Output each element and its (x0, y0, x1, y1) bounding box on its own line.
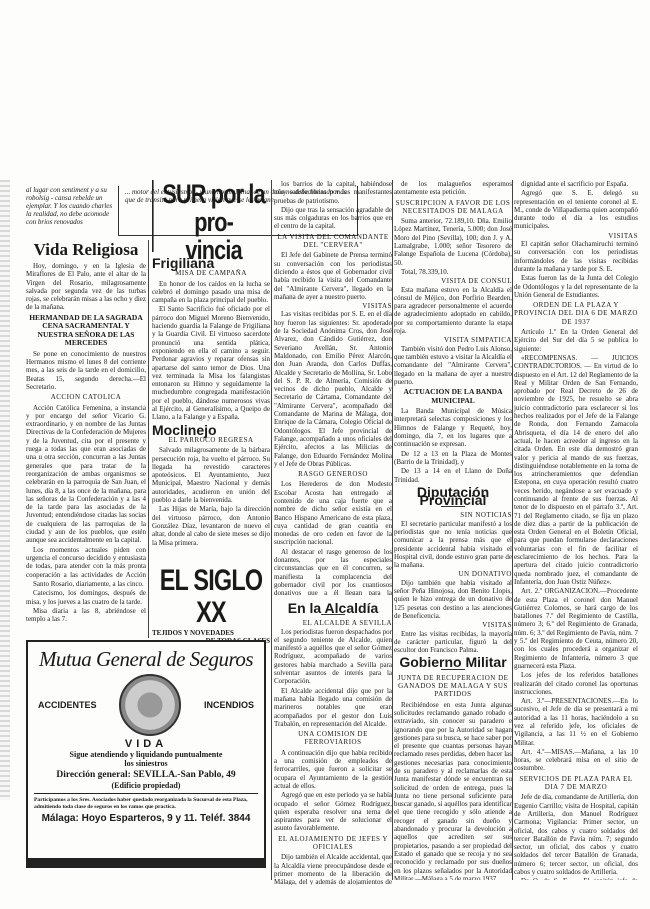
accidentes-label: ACCIDENTES (38, 700, 97, 710)
alcaldia-text-2: El Alcalde accidental dijo que por la ma… (274, 687, 392, 728)
presentaciones-text: Art. 3.º—PRESENTACIONES.—En lo sucesivo,… (514, 697, 638, 747)
moclinejo-text-1: Salvado milagrosamente de la bárbara per… (152, 446, 270, 504)
mutua-brand: Mutua General de Seguros (28, 646, 264, 672)
frigiliana-heading: Frigiliana (152, 259, 270, 267)
vida-label: VIDA (28, 738, 264, 750)
ferroviarios-heading: UNA COMISION DE FERROVIARIOS (274, 730, 392, 747)
scan-edge (0, 180, 10, 800)
el-siglo-xx-ad: EL SIGLO XX TEJIDOS Y NOVEDADES DE TODAS… (152, 565, 270, 647)
orden-text: Artículo 1.º En la Orden General del Ejé… (514, 328, 638, 353)
banda-2: De 13 a 14 en el Llano de Doña Trinidad. (394, 467, 512, 484)
newspaper-page: al lugar con sentiment y a su robolsig -… (0, 0, 650, 909)
visita-comandante-heading: LA VISITA DEL COMANDANTE DEL "CERVERA" (274, 233, 392, 250)
rasgo-text: Los Herederos de don Modesto Escobar Aco… (274, 480, 392, 546)
rasgo-generoso-heading: RASGO GENEROSO (274, 470, 392, 478)
mutua-line-1: Sigue atendiendo y liquidando puntualmen… (28, 750, 264, 759)
divider (34, 793, 258, 794)
donativo-heading: UN DONATIVO (394, 570, 512, 578)
orden-plaza-heading: ORDEN DE LA PLAZA Y PROVINCIA DEL DIA 6 … (514, 301, 638, 326)
alojamiento-heading: EL ALOJAMIENTO DE JEFES Y OFICIALES (274, 835, 392, 852)
c5-intro: dignidad ante el sacrificio por España. (514, 180, 638, 188)
c5-visitas-text: El capitán señor Olachamiruchi terminó s… (514, 240, 638, 273)
junta-text: Recibiéndose en esta Junta algunas solic… (394, 701, 512, 880)
frigiliana-text-2: El Santo Sacrificio fué oficiado por el … (152, 305, 270, 421)
sur-title-line-1: SUR por la pro- (157, 180, 271, 236)
alcalde-sevilla-heading: EL ALCALDE A SEVILLA (274, 619, 392, 627)
siglo-line-1: TEJIDOS Y NOVEDADES (152, 629, 270, 637)
junta-heading: JUNTA DE RECUPERACION DE GANADOS DE MALA… (394, 674, 512, 699)
c4-intro: de los malagueños esperamos atentamente … (394, 180, 512, 197)
column-4: de los malagueños esperamos atentamente … (394, 180, 512, 880)
c5-visitas-text-2: Estas fueron las de la Junta del Colegio… (514, 274, 638, 299)
banda-text: La Banda Municipal de Música interpretar… (394, 407, 512, 448)
alcaldia-column: En la Alcaldía EL ALCALDE A SEVILLA Los … (274, 600, 392, 885)
diputacion-heading: Diputación Provincial (394, 488, 512, 505)
suscripcion-heading: SUSCRIPCION A FAVOR DE LOS NECESITADOS D… (394, 199, 512, 216)
templo-continued: Santo Rosario, diariamente, a las cinco.… (26, 580, 146, 624)
visitas-heading-2: VISITAS (394, 621, 512, 629)
c5-text-1: Agregó que S. E. delegó su representació… (514, 189, 638, 230)
mutua-line-2: los siniestros (28, 759, 264, 768)
ad-footer-bar (28, 858, 264, 866)
diputacion-text: El secretario particular manifestó a los… (394, 520, 512, 570)
gobierno-militar-heading: Gobierno Militar (394, 658, 512, 666)
servicios-heading: SERVICIOS DE PLAZA PARA EL DIA 7 DE MARZ… (514, 775, 638, 792)
accion-catolica-text: Acción Católica Femenina, a instancia y … (26, 404, 146, 545)
incendios-label: INCENDIOS (204, 700, 254, 710)
final-text: De O. de S. E. — El capitán jefe de Esta… (514, 877, 638, 880)
mutua-edificio: (Edificio propiedad) (28, 781, 264, 790)
templo-text-3: Catecismo, los domingos, después de misa… (26, 589, 146, 606)
vida-intro: Hoy, domingo, y en la Iglesia de Miraflo… (26, 262, 146, 312)
visitas-text: Las visitas recibidas por S. E. en el dí… (274, 310, 392, 468)
suscripcion-total: Total, 78.339,10. (394, 268, 512, 276)
gc-text-1: los barrios de la capital, habiéndose mu… (274, 180, 392, 205)
alojamiento-text: Dijo también el Alcalde accidental, que … (274, 853, 392, 885)
moclinejo-text-2: Las Hijas de María, bajo la dirección de… (152, 505, 270, 546)
banda-1: De 12 a 13 en la Plaza de Montes (Barrio… (394, 450, 512, 467)
column-5: dignidad ante el sacrificio por España. … (514, 180, 638, 880)
mutua-general-ad: Mutua General de Seguros ACCIDENTES INCE… (26, 640, 266, 868)
simpatica-text: También visitó don Pedro Luis Alonso, qu… (394, 345, 512, 386)
recompensas-text: «RECOMPENSAS. — JUICIOS CONTRADICTORIOS.… (514, 354, 638, 586)
organizacion-text-2: Los jefes de los referidos batallones re… (514, 671, 638, 696)
sur-provincia-heading: SUR por la pro- vincia (152, 180, 270, 252)
ferroviarios-text: A continuación dijo que había recibido a… (274, 749, 392, 790)
column-rule (512, 180, 513, 880)
templo-text-2: Santo Rosario, diariamente, a las cinco. (26, 580, 146, 588)
rasgo-text-2: Al destacar el rasgo generoso de los don… (274, 548, 392, 595)
mutua-direccion: Dirección general: SEVILLA.-San Pablo, 4… (28, 769, 264, 781)
mutua-notice: Participamos a los Sres. Asociados haber… (28, 797, 264, 810)
banda-heading: ACTUACION DE LA BANDA MUNICIPAL (394, 388, 512, 405)
sin-noticias-heading: SIN NOTICIAS (394, 511, 512, 519)
accion-catolica-heading: ACCION CATOLICA (26, 393, 146, 401)
parroco-regresa-heading: EL PARROCO REGRESA (152, 436, 270, 444)
siglo-name: EL SIGLO XX (149, 565, 272, 629)
hermandad-heading: HERMANDAD DE LA SAGRADA CENA SACRAMENTAL… (26, 314, 146, 348)
gc-text-2: Dijo que tras la sensación agradable de … (274, 206, 392, 231)
gobierno-civil-column: los barrios de la capital, habiéndose mu… (274, 180, 392, 595)
frigiliana-text-1: En honor de los caídos en la lucha se ce… (152, 280, 270, 305)
sur-provincia-column: Frigiliana MISA DE CAMPAÑA En honor de l… (152, 255, 270, 565)
c5-visitas-heading: VISITAS (514, 232, 638, 240)
simpatica-heading: VISITA SIMPATICA (394, 336, 512, 344)
alcaldia-text-1: Los periodistas fueron despachados por e… (274, 628, 392, 686)
seal-emblem-icon (119, 674, 181, 736)
consul-heading: VISITA DE CONSUL (394, 277, 512, 285)
visitas-heading: VISITAS (274, 302, 392, 310)
consul-text: Esta mañana estuvo en la Alcaldía el cón… (394, 286, 512, 336)
misas-text: Art. 4.º—MISAS.—Mañana, a las 10 horas, … (514, 748, 638, 773)
suscripcion-text: Suma anterior, 72.189,10. Dña. Emilio Ló… (394, 217, 512, 267)
mutua-malaga-address: Málaga: Hoyo Esparteros, 9 y 11. Teléf. … (28, 813, 264, 824)
servicios-text: Jefe de día, comandante de Artillería, d… (514, 793, 638, 876)
organizacion-text: Art. 2.º ORGANIZACION.—Procedente de est… (514, 587, 638, 670)
vida-religiosa-column: Hoy, domingo, y en la Iglesia de Miraflo… (26, 262, 146, 580)
column-rule (392, 180, 393, 880)
momentos-text: Los momentos actuales piden con urgencia… (26, 546, 146, 580)
ferroviarios-text-2: Agregó que en este período ya se había o… (274, 791, 392, 832)
donativo-text: Dijo también que había visitado al señor… (394, 579, 512, 620)
column-rule (271, 180, 272, 880)
visita-comandante-text: El Jefe del Gabinete de Prensa terminó s… (274, 251, 392, 301)
vida-religiosa-heading: Vida Religiosa (26, 240, 146, 260)
top-left-fragment: al lugar con sentiment y a su robolsig -… (26, 186, 116, 234)
visitas-text-2: Entre las visitas recibidas, la mayoría … (394, 630, 512, 655)
templo-text-4: Misa diaria a las 8, abriéndose el templ… (26, 607, 146, 624)
hermandad-text: Se pone en conocimiento de nuestros Herm… (26, 350, 146, 391)
moclinejo-heading: Moclinejo (152, 426, 270, 434)
alcaldia-heading: En la Alcaldía (274, 604, 392, 612)
